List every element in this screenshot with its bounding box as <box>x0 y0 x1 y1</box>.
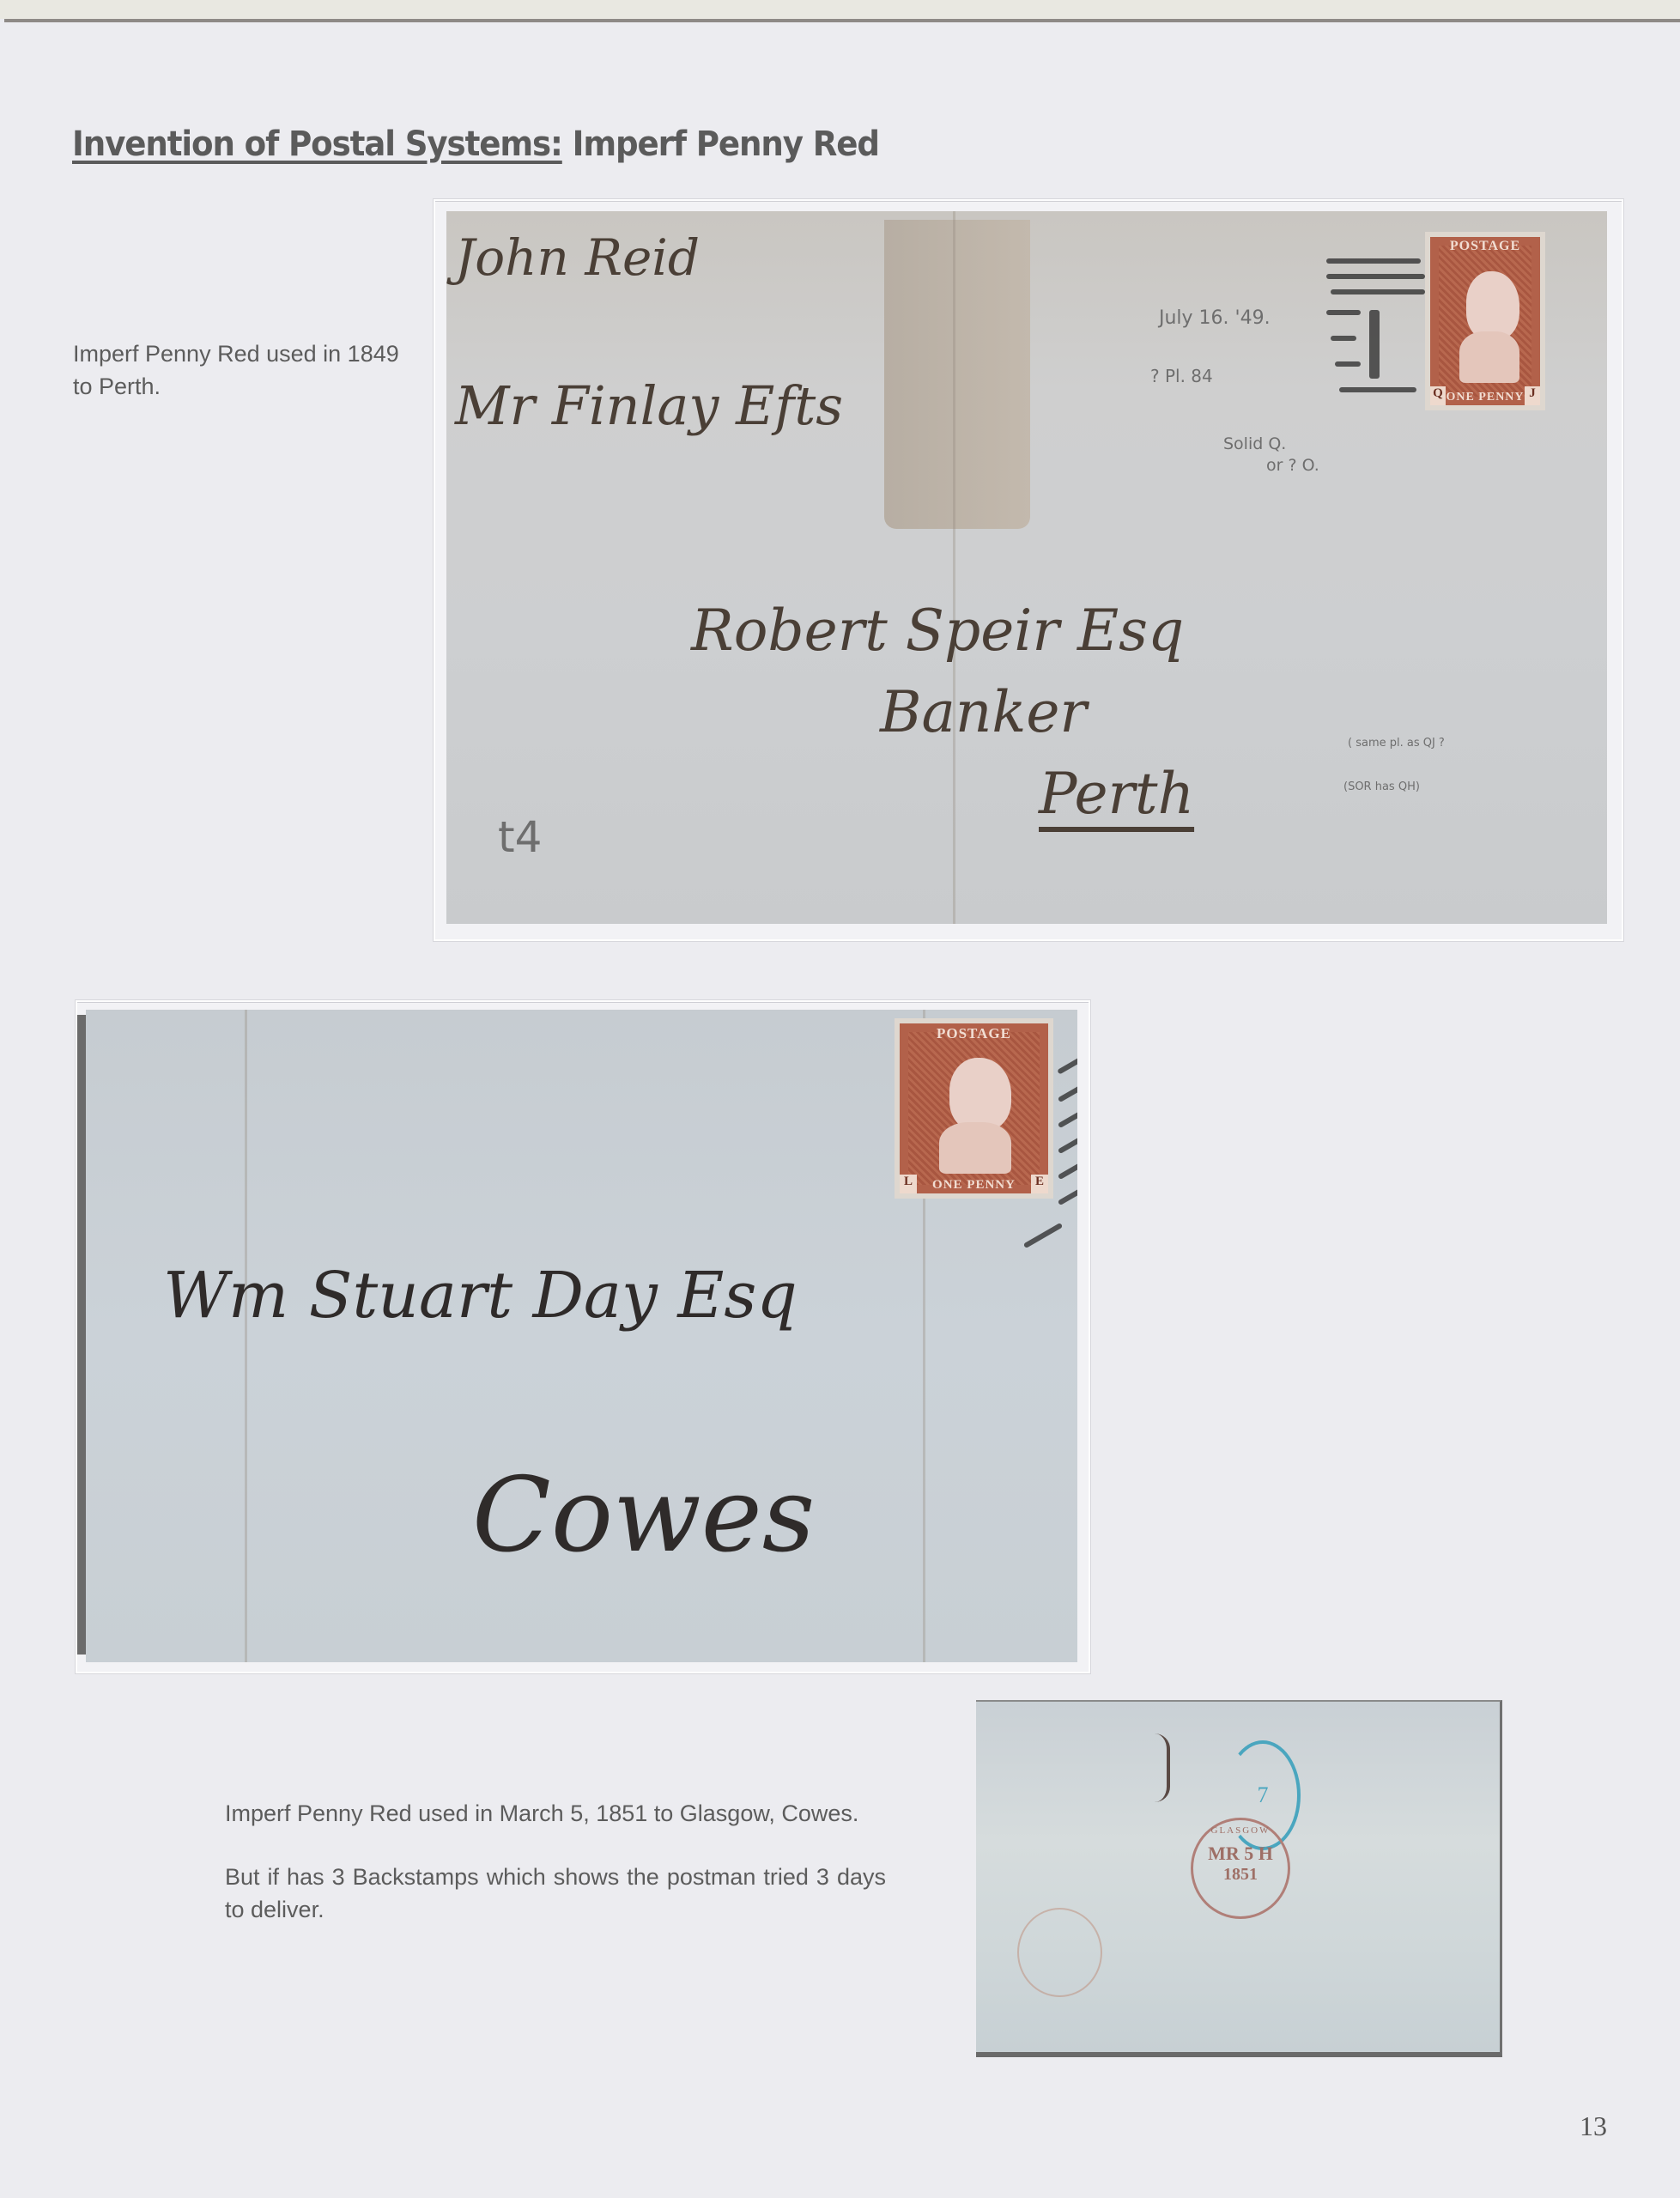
cover2-caption: Imperf Penny Red used in March 5, 1851 t… <box>225 1797 886 1926</box>
cover1-addressee-name: Robert Speir Esq <box>691 598 1184 664</box>
cover2-cowes-1851: Wm Stuart Day Esq Cowes POSTAGE L ONE PE… <box>86 1010 1077 1662</box>
cover1-docket: Mr Finlay Efts <box>455 374 843 437</box>
page-title: Invention of Postal Systems: Imperf Penn… <box>72 124 879 164</box>
cover1-addressee-title: Banker <box>880 679 1087 745</box>
cover1-addressee-town: Perth <box>1039 761 1194 827</box>
pencil-note-sor: (SOR has QH) <box>1343 780 1420 793</box>
cover2-addressee-name: Wm Stuart Day Esq <box>163 1259 798 1333</box>
cover1-perth-1849: John Reid Mr Finlay Efts Robert Speir Es… <box>446 211 1607 924</box>
cover1-caption: Imperf Penny Red used in 1849 to Perth. <box>73 337 416 403</box>
glasgow-backstamp: GLASGOW MR 5 H 1851 <box>1191 1818 1290 1919</box>
pencil-note-letter: Solid Q. <box>1223 434 1286 453</box>
caption-route: Imperf Penny Red used in March 5, 1851 t… <box>225 1797 886 1830</box>
page-number: 13 <box>1580 2110 1607 2142</box>
scan-top-margin <box>0 0 1680 19</box>
cover1-rate-mark: t4 <box>498 812 542 862</box>
cover2-numeral-cancel <box>1056 1044 1077 1267</box>
cover1-sender: John Reid <box>455 228 700 287</box>
cover2-penny-red-stamp: POSTAGE L ONE PENNY E <box>895 1018 1053 1199</box>
cover1-fold <box>953 211 955 924</box>
cover1-penny-red-stamp: POSTAGE Q ONE PENNY J <box>1425 232 1545 410</box>
caption-backstamps: But if has 3 Backstamps which shows the … <box>225 1861 886 1926</box>
cover2-addressee-town: Cowes <box>472 1456 815 1576</box>
pencil-note-same-plate: ( same pl. as QJ ? <box>1348 737 1445 750</box>
faint-backstamp <box>1017 1908 1102 1997</box>
title-topic: Invention of Postal Systems: <box>72 124 562 164</box>
pencil-note-alt: or ? O. <box>1266 456 1319 475</box>
pencil-note-plate: ? Pl. 84 <box>1150 366 1213 386</box>
handwritten-bracket <box>1155 1734 1170 1802</box>
pencil-note-date: July 16. '49. <box>1159 307 1271 329</box>
title-subject: Imperf Penny Red <box>562 124 879 164</box>
cover2-reverse-backstamps: 7 GLASGOW MR 5 H 1851 <box>976 1700 1502 2057</box>
cover1-seal-flap <box>884 220 1030 529</box>
cover2-fold-left <box>245 1010 247 1662</box>
cover1-numeral-cancel <box>1326 258 1429 404</box>
